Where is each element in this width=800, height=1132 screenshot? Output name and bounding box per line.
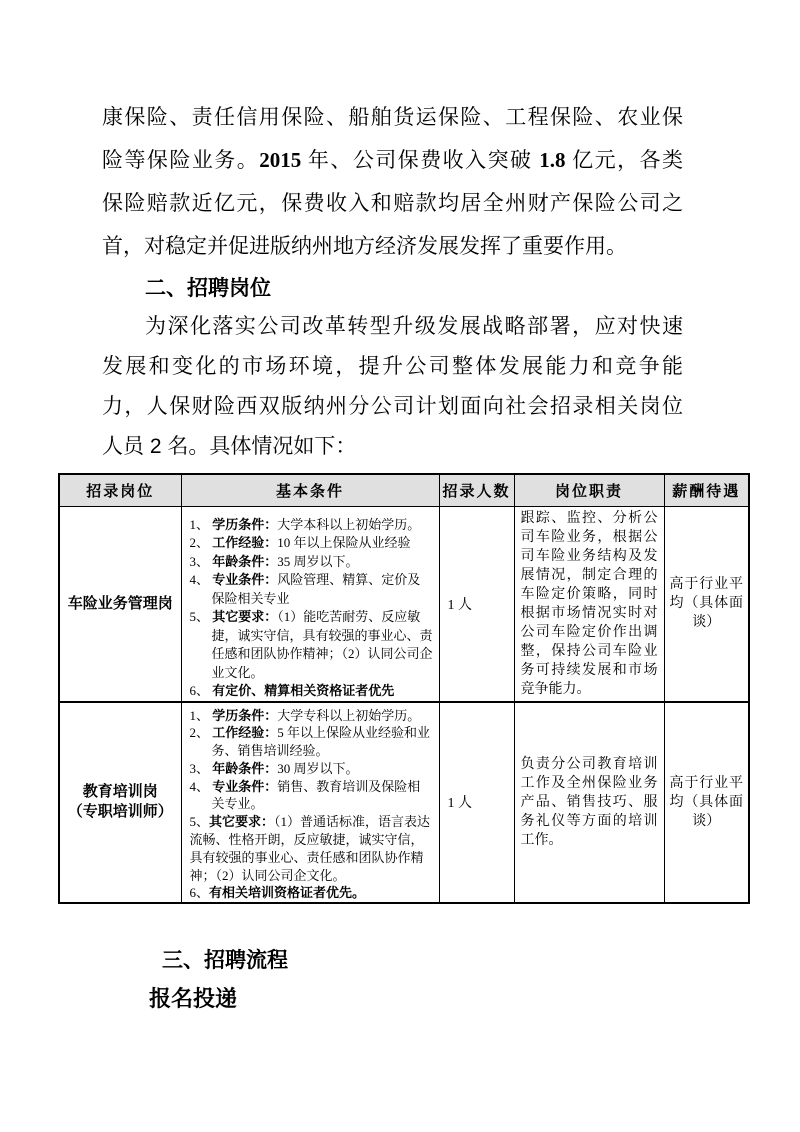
header-cell: 招录岗位 — [59, 474, 181, 506]
paragraph-line: 保险赔款近亿元，保费收入和赔款均居全州财产保险公司之 — [102, 182, 683, 225]
condition-text: 10 年以上保险从业经验 — [277, 535, 410, 550]
condition-item: 3、 年龄条件：35 周岁以下。 — [190, 553, 433, 572]
duties-text: 跟踪、监控、分析公司车险业务，根据公司车险业务结构及发展情况，制定合理的车险定价… — [521, 509, 658, 699]
salary-text: 高于行业平均（具体面谈） — [670, 575, 744, 632]
section-heading-recruitment-positions: 二、招聘岗位 — [145, 267, 271, 310]
positions-table: 招录岗位基本条件招录人数岗位职责薪酬待遇 车险业务管理岗1、 学历条件：大学本科… — [58, 473, 750, 904]
condition-text: 30 周岁以下。 — [277, 761, 358, 776]
condition-number: 4、 — [190, 779, 213, 794]
condition-number: 2、 — [190, 725, 213, 740]
text-run: 年、公司保费收入突破 — [301, 148, 539, 172]
condition-item: 6、有相关培训资格证者优先。 — [190, 884, 433, 902]
condition-item: 1、 学历条件：大学专科以上初始学历。 — [190, 707, 433, 725]
condition-label: 年龄条件： — [212, 554, 277, 569]
condition-number: 3、 — [190, 761, 213, 776]
headcount-cell: 1 人 — [439, 506, 514, 702]
header-cell: 招录人数 — [439, 474, 514, 506]
position-line: 车险业务管理岗 — [61, 594, 180, 614]
position-cell: 教育培训岗（专职培训师） — [59, 702, 181, 904]
condition-label: 工作经验： — [212, 535, 277, 550]
document-page: 康保险、责任信用保险、船舶货运保险、工程保险、农业保险等保险业务。2015 年、… — [0, 0, 800, 1132]
condition-text: 大学本科以上初始学历。 — [277, 517, 420, 532]
condition-number: 5、 — [190, 814, 210, 829]
condition-item: 4、 专业条件：风险管理、精算、定价及保险相关专业 — [190, 571, 433, 608]
condition-label: 其它要求： — [209, 814, 274, 829]
condition-label: 其它要求： — [212, 609, 277, 624]
condition-label: 年龄条件： — [212, 761, 277, 776]
duties-text: 负责分公司教育培训工作及全州保险业务产品、销售技巧、服务礼仪等方面的培训工作。 — [521, 755, 658, 850]
bold-number: 2015 — [259, 148, 301, 172]
condition-number: 4、 — [190, 572, 213, 587]
condition-item: 1、 学历条件：大学本科以上初始学历。 — [190, 516, 433, 535]
section-heading-recruitment-process: 三、招聘流程 — [162, 944, 288, 974]
header-row: 招录岗位基本条件招录人数岗位职责薪酬待遇 — [59, 474, 749, 506]
text-run: 康保险、责任信用保险、船舶货运保险、工程保险、农业保 — [102, 105, 683, 129]
paragraph-line: 人员 2 名。具体情况如下： — [102, 427, 683, 467]
text-run: 首，对稳定并促进版纳州地方经济发展发挥了重要作用。 — [102, 234, 627, 258]
condition-label: 学历条件： — [212, 708, 277, 723]
condition-label: 有定价、精算相关资格证者优先 — [212, 683, 394, 698]
condition-item: 6、 有定价、精算相关资格证者优先 — [190, 682, 433, 701]
paragraph-line: 发展和变化的市场环境，提升公司整体发展能力和竞争能 — [102, 347, 683, 387]
positions-table-body: 车险业务管理岗1、 学历条件：大学本科以上初始学历。2、 工作经验：10 年以上… — [59, 506, 749, 903]
intro-paragraph: 康保险、责任信用保险、船舶货运保险、工程保险、农业保险等保险业务。2015 年、… — [102, 96, 683, 268]
positions-table-header: 招录岗位基本条件招录人数岗位职责薪酬待遇 — [59, 474, 749, 506]
header-cell: 岗位职责 — [514, 474, 664, 506]
condition-item: 4、 专业条件：销售、教育培训及保险相关专业。 — [190, 778, 433, 814]
headcount-cell: 1 人 — [439, 702, 514, 904]
position-line: （专职培训师） — [61, 802, 180, 822]
paragraph-line: 力，人保财险西双版纳州分公司计划面向社会招录相关岗位 — [102, 387, 683, 427]
condition-label: 学历条件： — [212, 517, 277, 532]
condition-label: 工作经验： — [212, 725, 277, 740]
condition-number: 5、 — [190, 609, 213, 624]
text-run: 亿元，各类 — [565, 148, 683, 172]
salary-text: 高于行业平均（具体面谈） — [670, 774, 744, 831]
bold-number: 1.8 — [539, 148, 565, 172]
salary-cell: 高于行业平均（具体面谈） — [664, 506, 749, 702]
condition-item: 5、 其它要求：（1）能吃苦耐劳、反应敏捷，诚实守信，具有较强的事业心、责任感和… — [190, 608, 433, 682]
paragraph-line: 为深化落实公司改革转型升级发展战略部署，应对快速 — [102, 307, 683, 347]
header-cell: 薪酬待遇 — [664, 474, 749, 506]
condition-text: 大学专科以上初始学历。 — [277, 708, 420, 723]
condition-label: 有相关培训资格证者优先。 — [209, 885, 365, 900]
conditions-cell: 1、 学历条件：大学专科以上初始学历。2、 工作经验：5 年以上保险从业经验和业… — [181, 702, 439, 904]
condition-number: 6、 — [190, 885, 210, 900]
paragraph-line: 康保险、责任信用保险、船舶货运保险、工程保险、农业保 — [102, 96, 683, 139]
text-run: 险等保险业务。 — [102, 148, 259, 172]
text-run: 保险赔款近亿元，保费收入和赔款均居全州财产保险公司之 — [102, 191, 683, 215]
condition-item: 2、 工作经验：5 年以上保险从业经验和业务、销售培训经验。 — [190, 724, 433, 760]
condition-label: 专业条件： — [212, 779, 277, 794]
condition-number: 6、 — [190, 683, 213, 698]
position-cell: 车险业务管理岗 — [59, 506, 181, 702]
paragraph-line: 险等保险业务。2015 年、公司保费收入突破 1.8 亿元，各类 — [102, 139, 683, 182]
conditions-cell: 1、 学历条件：大学本科以上初始学历。2、 工作经验：10 年以上保险从业经验3… — [181, 506, 439, 702]
position-line: 教育培训岗 — [61, 782, 180, 802]
table-row: 教育培训岗（专职培训师）1、 学历条件：大学专科以上初始学历。2、 工作经验：5… — [59, 702, 749, 904]
duties-cell: 负责分公司教育培训工作及全州保险业务产品、销售技巧、服务礼仪等方面的培训工作。 — [514, 702, 664, 904]
condition-number: 1、 — [190, 517, 213, 532]
header-cell: 基本条件 — [181, 474, 439, 506]
condition-number: 1、 — [190, 708, 213, 723]
paragraph-line: 首，对稳定并促进版纳州地方经济发展发挥了重要作用。 — [102, 225, 683, 268]
subheading-application-submission: 报名投递 — [149, 982, 237, 1013]
condition-item: 3、 年龄条件：30 周岁以下。 — [190, 760, 433, 778]
condition-item: 5、其它要求：（1）普通话标准，语言表达流畅、性格开朗，反应敏捷，诚实守信，具有… — [190, 813, 433, 884]
salary-cell: 高于行业平均（具体面谈） — [664, 702, 749, 904]
duties-cell: 跟踪、监控、分析公司车险业务，根据公司车险业务结构及发展情况，制定合理的车险定价… — [514, 506, 664, 702]
condition-number: 2、 — [190, 535, 213, 550]
condition-label: 专业条件： — [212, 572, 277, 587]
condition-text: 35 周岁以下。 — [277, 554, 358, 569]
condition-number: 3、 — [190, 554, 213, 569]
condition-item: 2、 工作经验：10 年以上保险从业经验 — [190, 534, 433, 553]
table-row: 车险业务管理岗1、 学历条件：大学本科以上初始学历。2、 工作经验：10 年以上… — [59, 506, 749, 702]
recruitment-intro-paragraph: 为深化落实公司改革转型升级发展战略部署，应对快速发展和变化的市场环境，提升公司整… — [102, 307, 683, 467]
